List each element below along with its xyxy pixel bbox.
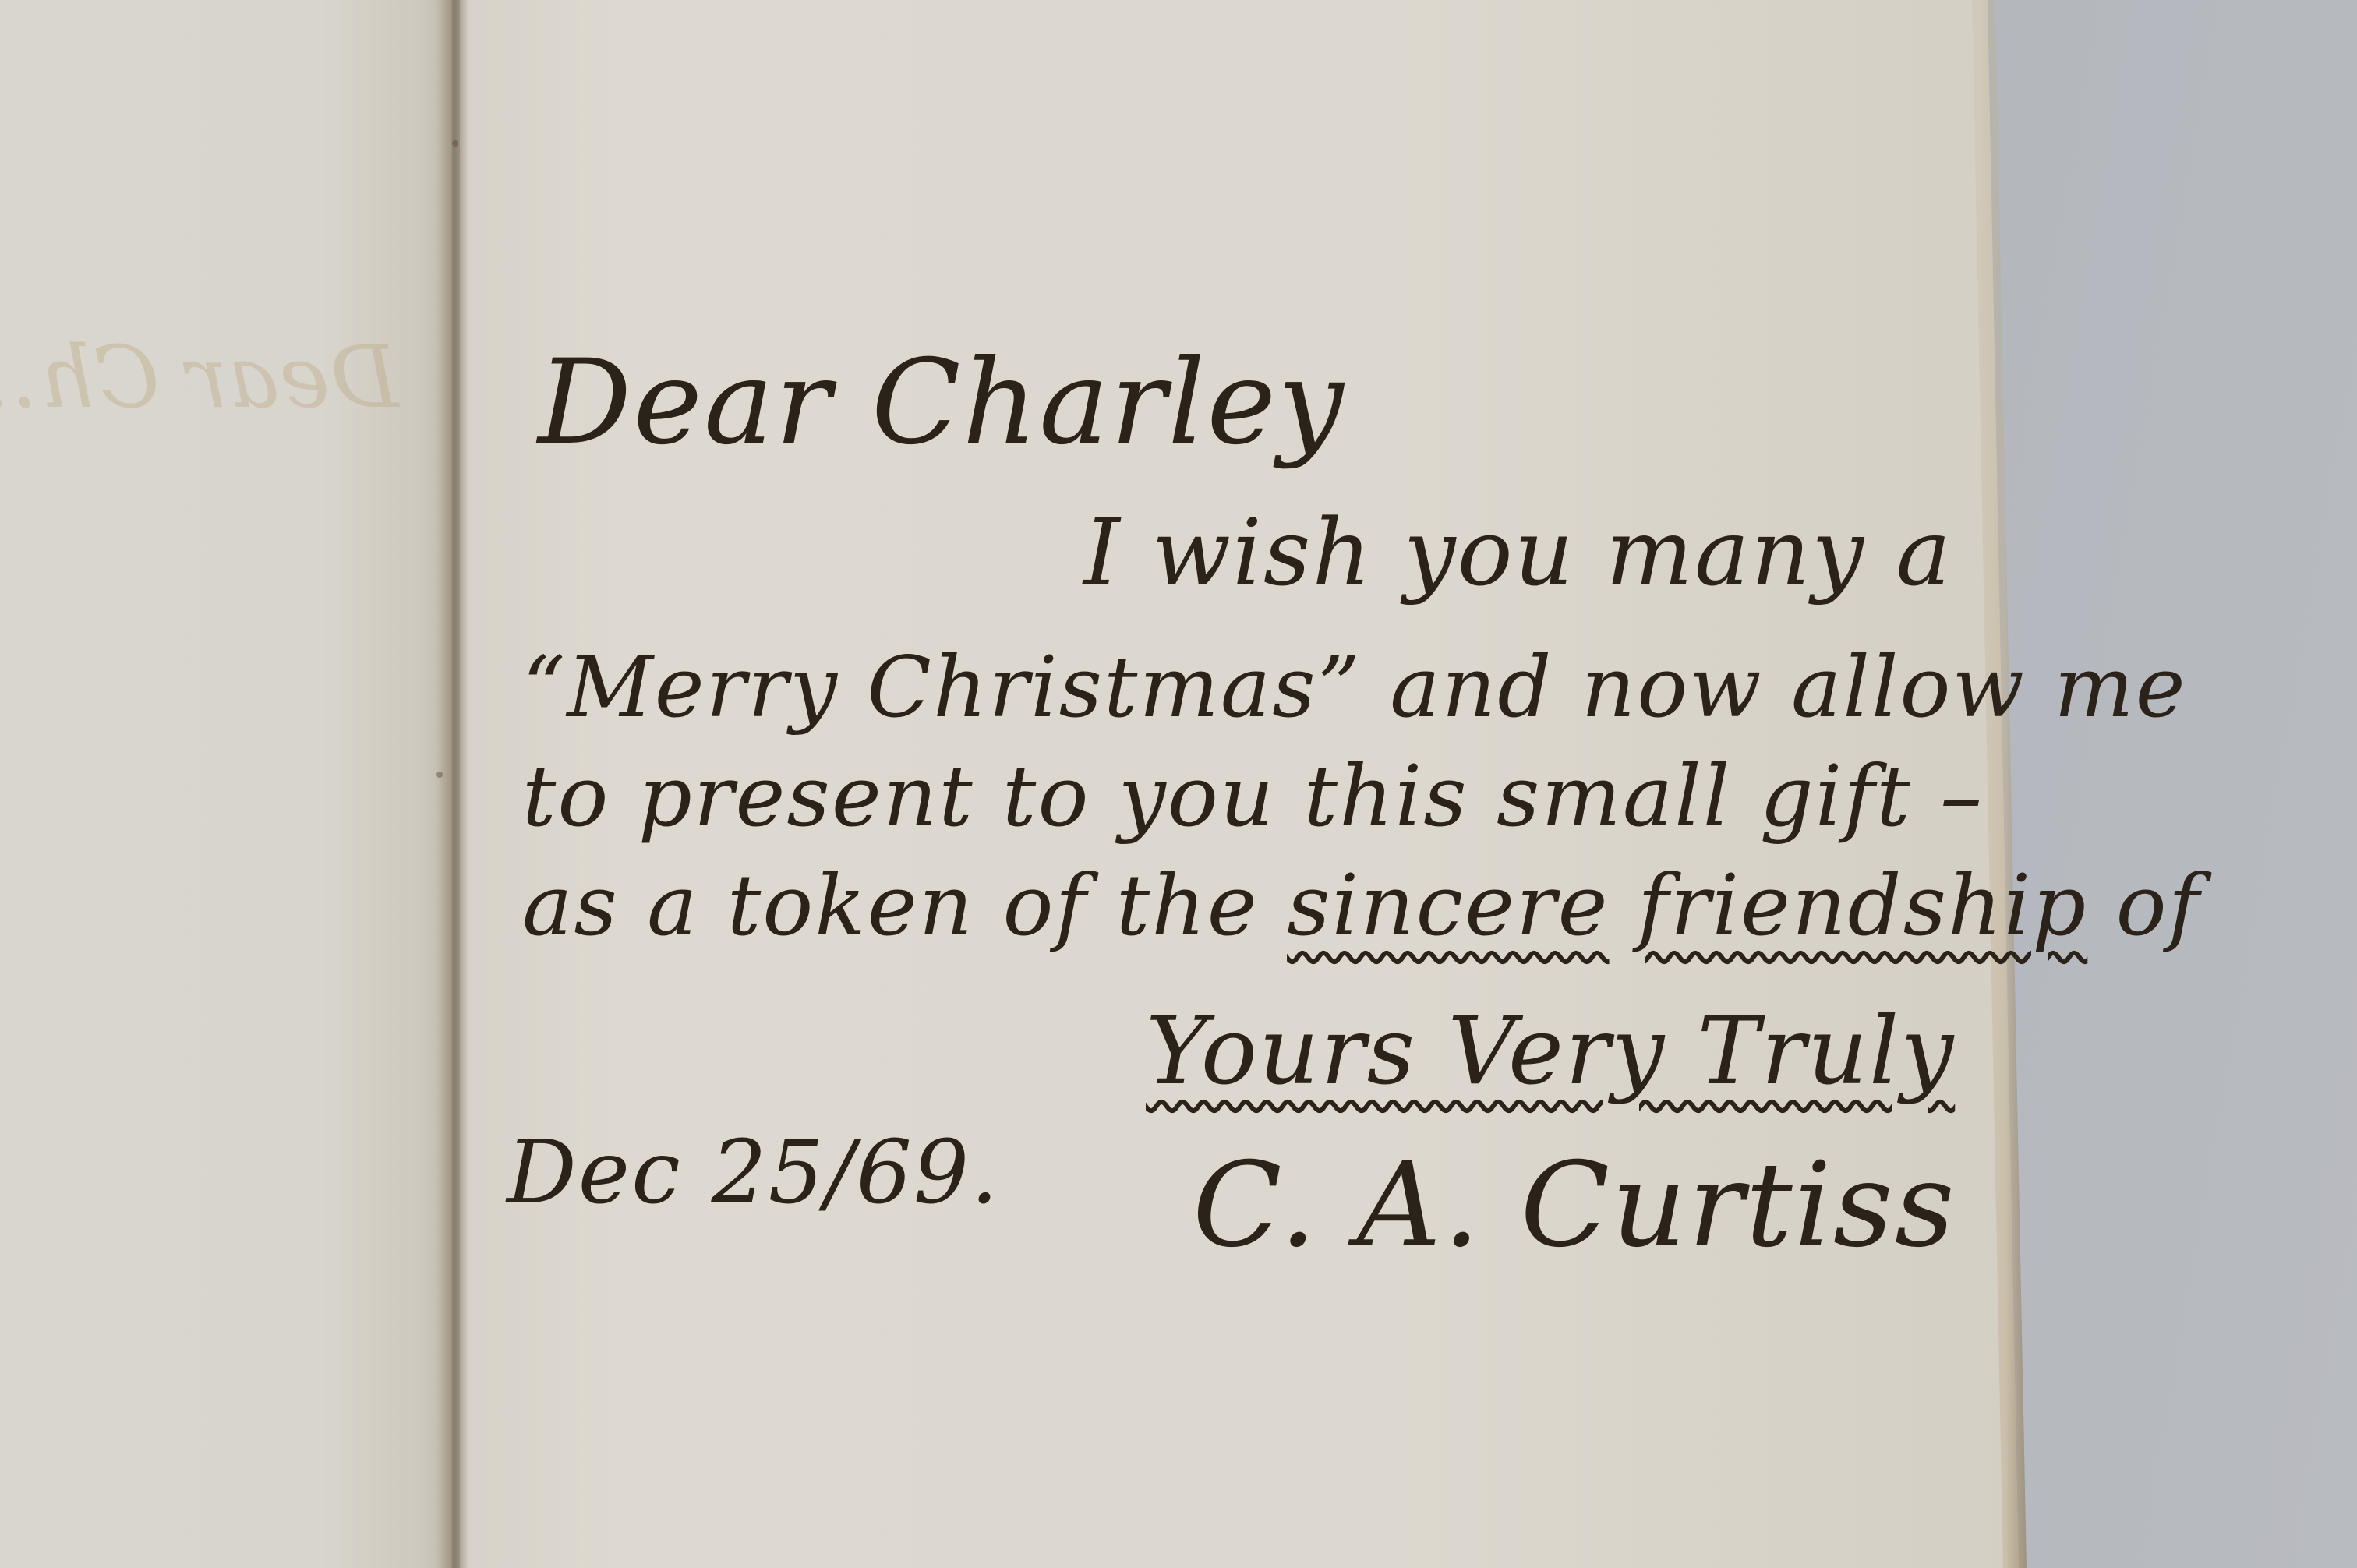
emphasized-word-friendship: friendship: [1638, 857, 2087, 955]
date: Dec 25/69.: [507, 1122, 1000, 1224]
closing: Yours Very Truly: [1146, 998, 1955, 1106]
body-line-4-end: of: [2116, 857, 2201, 955]
body-line-2: “Merry Christmas” and now allow me: [522, 639, 2187, 736]
inscription: Dear Charley I wish you many a “Merry Ch…: [0, 0, 2357, 1568]
emphasized-word-sincere: sincere: [1287, 857, 1609, 955]
signature: C. A. Curtiss: [1193, 1138, 1956, 1273]
salutation: Dear Charley: [538, 335, 1345, 471]
body-line-4: as a token of the sincere friendship of: [522, 857, 2201, 955]
body-line-4-start: as a token of the: [522, 857, 1259, 955]
body-line-3: to present to you this small gift –: [522, 748, 1984, 846]
body-line-1: I wish you many a: [1083, 499, 1952, 606]
photo-scene: Dear Ch… Dear Charley I wish you many a …: [0, 0, 2357, 1568]
